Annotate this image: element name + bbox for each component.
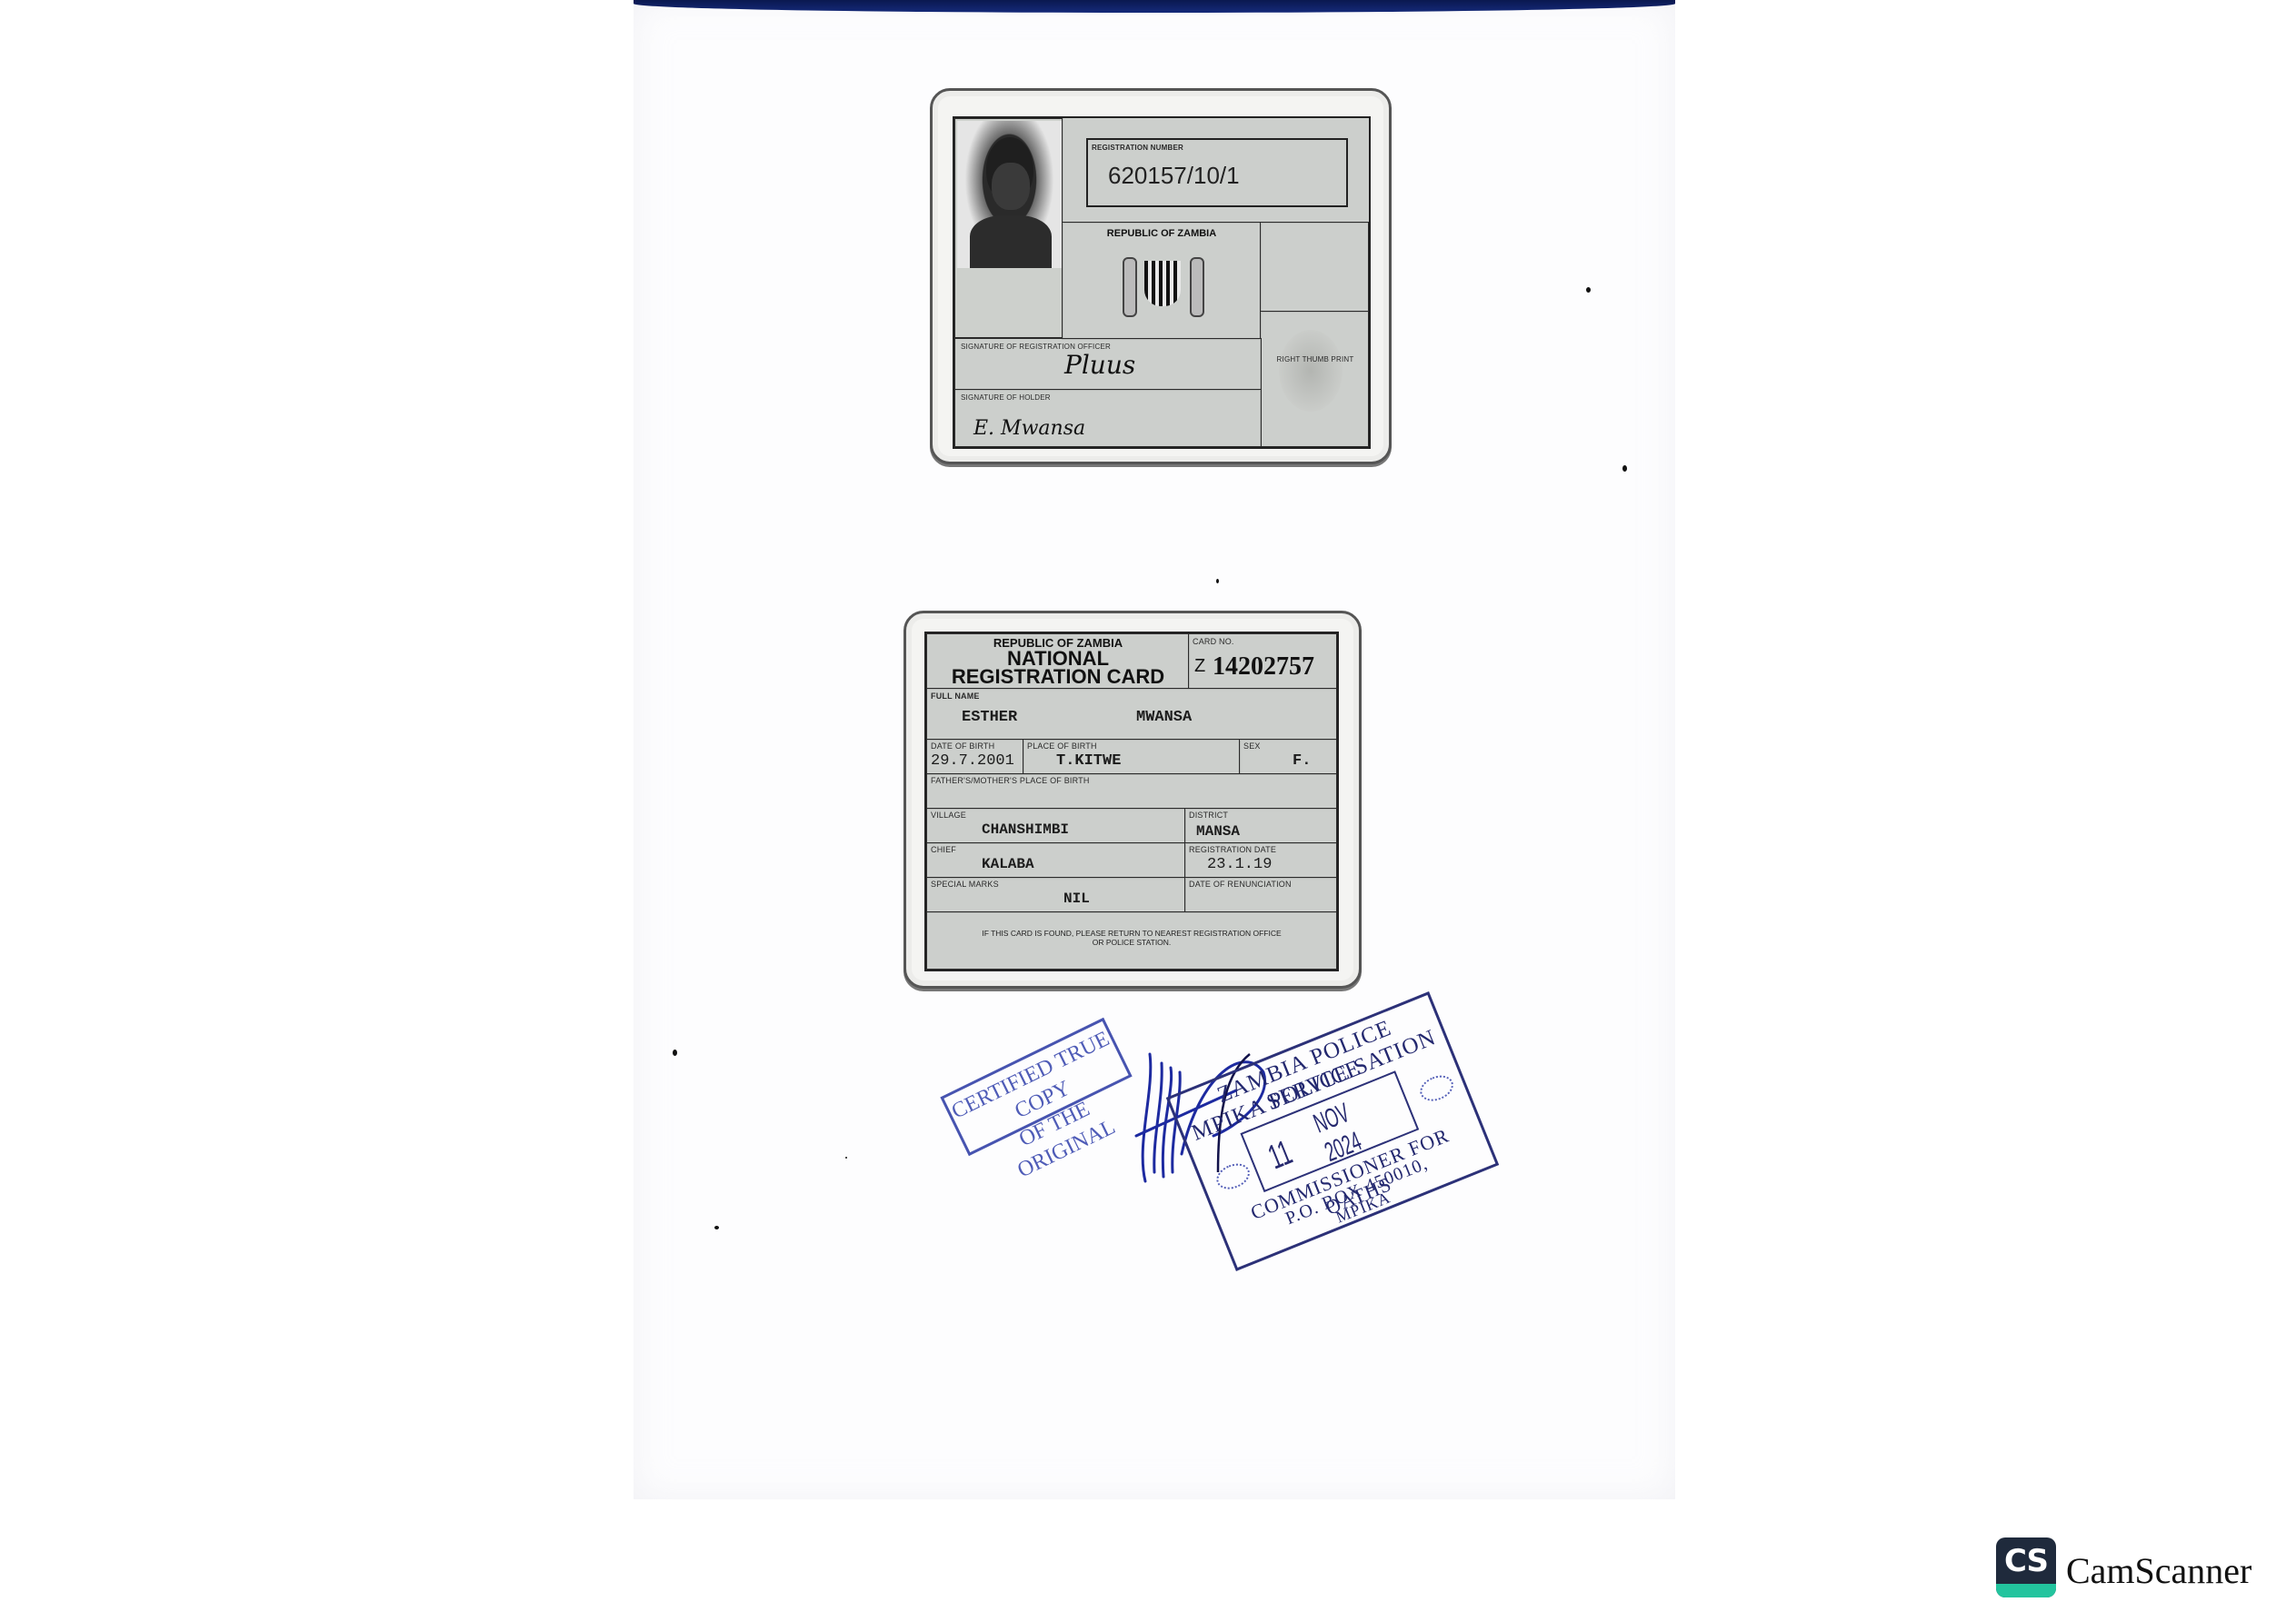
holder-signature: E. Mwansa: [973, 417, 1085, 440]
sex-label: SEX: [1243, 741, 1261, 751]
emblem-icon: [1213, 1159, 1253, 1193]
dob: 29.7.2001: [931, 752, 1014, 770]
id-card-back: REGISTRATION NUMBER 620157/10/1 REPUBLIC…: [930, 88, 1392, 464]
card-back-grid: REGISTRATION NUMBER 620157/10/1 REPUBLIC…: [953, 116, 1371, 449]
speck: [714, 1226, 719, 1229]
card-title-cell: REPUBLIC OF ZAMBIA NATIONAL REGISTRATION…: [926, 633, 1190, 690]
chief-label: CHIEF: [931, 845, 956, 854]
village: CHANSHIMBI: [982, 821, 1069, 838]
speck: [1216, 579, 1219, 583]
full-name-label: FULL NAME: [931, 692, 980, 701]
thumb-print-label: RIGHT THUMB PRINT: [1270, 355, 1361, 363]
card-number-cell: CARD No. Z 14202757: [1188, 633, 1337, 690]
surname: MWANSA: [1136, 709, 1192, 726]
card-title-line2: REGISTRATION CARD: [927, 665, 1189, 689]
card-number: 14202757: [1213, 652, 1314, 682]
card-number-label: CARD No.: [1193, 637, 1234, 646]
holder-photo: [957, 121, 1062, 268]
registration-date-label: REGISTRATION DATE: [1189, 845, 1276, 854]
chief-cell: CHIEF KALABA: [926, 842, 1186, 879]
first-name: ESTHER: [962, 709, 1017, 726]
sex: F.: [1293, 752, 1311, 770]
renunciation-cell: DATE OF RENUNCIATION: [1184, 877, 1337, 913]
full-name-cell: FULL NAME ESTHER MWANSA: [926, 688, 1337, 741]
registration-number: 620157/10/1: [1108, 162, 1240, 190]
holder-signature-label: SIGNATURE OF HOLDER: [961, 393, 1051, 402]
renunciation-label: DATE OF RENUNCIATION: [1189, 880, 1292, 889]
thumb-print-cell: RIGHT THUMB PRINT: [1260, 311, 1369, 447]
coat-of-arms-cell: REPUBLIC OF ZAMBIA: [1062, 222, 1262, 340]
id-card-front: REPUBLIC OF ZAMBIA NATIONAL REGISTRATION…: [903, 611, 1362, 989]
speck: [845, 1157, 847, 1159]
speck: [673, 1050, 677, 1056]
dob-cell: DATE OF BIRTH 29.7.2001: [926, 739, 1024, 775]
footer-line1: IF THIS CARD IS FOUND, PLEASE RETURN TO …: [927, 929, 1336, 938]
republic-label: REPUBLIC OF ZAMBIA: [1063, 228, 1261, 239]
special-marks-label: SPECIAL MARKS: [931, 880, 999, 889]
registration-date-cell: REGISTRATION DATE 23.1.19: [1184, 842, 1337, 879]
emblem-icon: [1416, 1070, 1457, 1105]
thumb-print-icon: [1279, 330, 1343, 412]
holder-signature-cell: SIGNATURE OF HOLDER E. Mwansa: [954, 389, 1262, 447]
district-cell: DISTRICT MANSA: [1184, 808, 1337, 844]
speck: [1586, 287, 1591, 293]
photo-cell: [954, 118, 1063, 338]
district-label: DISTRICT: [1189, 811, 1228, 820]
place-of-birth-label: PLACE OF BIRTH: [1027, 741, 1097, 751]
blank-cell: [1260, 222, 1369, 313]
camscanner-icon-text: CS: [1996, 1543, 2056, 1579]
parents-place-label: FATHER'S/MOTHER'S PLACE OF BIRTH: [931, 776, 1090, 785]
village-cell: VILLAGE CHANSHIMBI: [926, 808, 1186, 844]
card-number-prefix: Z: [1194, 656, 1205, 677]
parents-place-cell: FATHER'S/MOTHER'S PLACE OF BIRTH: [926, 773, 1337, 810]
officer-signature: Pluus: [1064, 350, 1135, 380]
special-marks-cell: SPECIAL MARKS NIL: [926, 877, 1186, 913]
dob-label: DATE OF BIRTH: [931, 741, 994, 751]
sex-cell: SEX F.: [1239, 739, 1337, 775]
district: MANSA: [1196, 823, 1240, 840]
footer-cell: IF THIS CARD IS FOUND, PLEASE RETURN TO …: [926, 911, 1337, 970]
village-label: VILLAGE: [931, 811, 966, 820]
card-front-grid: REPUBLIC OF ZAMBIA NATIONAL REGISTRATION…: [924, 632, 1339, 971]
stamp-day: 11: [1263, 1134, 1298, 1179]
speck: [1622, 465, 1627, 472]
camscanner-logo-icon: CS: [1996, 1537, 2056, 1597]
registration-date: 23.1.19: [1207, 856, 1272, 873]
officer-signature-cell: SIGNATURE OF REGISTRATION OFFICER Pluus: [954, 338, 1262, 391]
coat-of-arms-icon: [1117, 241, 1208, 332]
special-marks: NIL: [1063, 891, 1090, 907]
registration-number-box: REGISTRATION NUMBER 620157/10/1: [1086, 138, 1348, 207]
camscanner-brand: CamScanner: [2066, 1549, 2251, 1592]
place-of-birth-cell: PLACE OF BIRTH T.KITWE: [1023, 739, 1241, 775]
footer-line2: OR POLICE STATION.: [927, 938, 1336, 947]
registration-number-label: REGISTRATION NUMBER: [1092, 144, 1183, 152]
chief: KALABA: [982, 856, 1034, 872]
place-of-birth: T.KITWE: [1056, 752, 1121, 770]
